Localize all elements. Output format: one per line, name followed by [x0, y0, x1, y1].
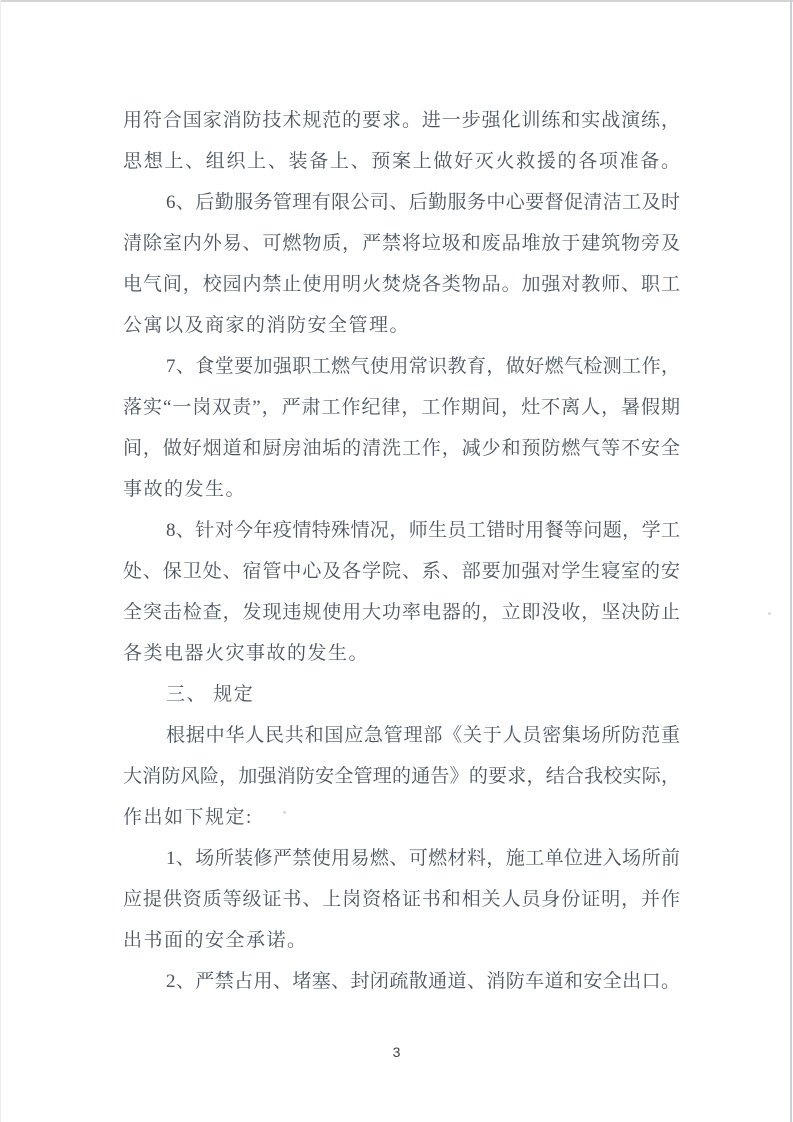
text-line: 2、严禁占用、堵塞、封闭疏散通道、消防车道和安全出口。 — [123, 961, 680, 1002]
page-number: 3 — [0, 1044, 793, 1060]
text-line: 用符合国家消防技术规范的要求。进一步强化训练和实战演练， — [123, 100, 680, 141]
text-line: 6、后勤服务管理有限公司、后勤服务中心要督促清洁工及时 — [123, 182, 680, 223]
scan-edge-right — [790, 0, 792, 1122]
text-line: 7、食堂要加强职工燃气使用常识教育，做好燃气检测工作， — [123, 346, 680, 387]
scan-edge-top — [0, 0, 793, 2]
document-body: 用符合国家消防技术规范的要求。进一步强化训练和实战演练，思想上、组织上、装备上、… — [123, 100, 680, 1002]
text-line: 大消防风险，加强消防安全管理的通告》的要求，结合我校实际， — [123, 756, 680, 797]
scan-edge-left — [0, 0, 1, 1122]
text-line: 公寓以及商家的消防安全管理。 — [123, 305, 680, 346]
scan-dust-speck — [768, 612, 771, 615]
text-line: 三、 规定 — [123, 674, 680, 715]
text-line: 根据中华人民共和国应急管理部《关于人员密集场所防范重 — [123, 715, 680, 756]
text-line: 8、针对今年疫情特殊情况，师生员工错时用餐等问题，学工 — [123, 510, 680, 551]
text-line: 处、保卫处、宿管中心及各学院、系、部要加强对学生寝室的安 — [123, 551, 680, 592]
text-line: 1、场所装修严禁使用易燃、可燃材料，施工单位进入场所前 — [123, 838, 680, 879]
scanned-document-page: 用符合国家消防技术规范的要求。进一步强化训练和实战演练，思想上、组织上、装备上、… — [0, 0, 793, 1122]
text-line: 作出如下规定: — [123, 797, 680, 838]
text-line: 电气间，校园内禁止使用明火焚烧各类物品。加强对教师、职工 — [123, 264, 680, 305]
text-line: 清除室内外易、可燃物质，严禁将垃圾和废品堆放于建筑物旁及 — [123, 223, 680, 264]
text-line: 出书面的安全承诺。 — [123, 920, 680, 961]
text-line: 间，做好烟道和厨房油垢的清洗工作，减少和预防燃气等不安全 — [123, 428, 680, 469]
text-line: 事故的发生。 — [123, 469, 680, 510]
text-line: 全突击检查，发现违规使用大功率电器的，立即没收，坚决防止 — [123, 592, 680, 633]
text-line: 应提供资质等级证书、上岗资格证书和相关人员身份证明，并作 — [123, 879, 680, 920]
text-line: 各类电器火灾事故的发生。 — [123, 633, 680, 674]
text-line: 落实“一岗双责”，严肃工作纪律，工作期间，灶不离人，暑假期 — [123, 387, 680, 428]
text-line: 思想上、组织上、装备上、预案上做好灭火救援的各项准备。 — [123, 141, 680, 182]
